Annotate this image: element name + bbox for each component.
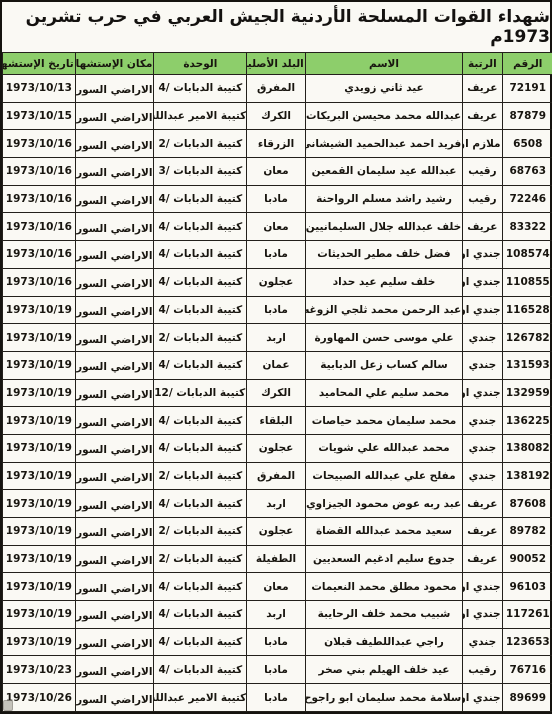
cell-unit: كتيبة الدبابات /4 [154, 296, 247, 324]
cell-town: المفرق [247, 75, 306, 103]
cell-unit: كتيبة الدبابات /12 [154, 379, 247, 407]
cell-place: الاراضي السورية73 [75, 684, 154, 712]
cell-date: 1973/10/16 [3, 130, 76, 158]
cell-number: 76716 [502, 656, 552, 684]
cell-number: 138192 [502, 462, 552, 490]
cell-date: 1973/10/26 [3, 684, 76, 712]
cell-name: جدوع سليم ادغيم السعديين [305, 545, 462, 573]
cell-date: 1973/10/19 [3, 407, 76, 435]
cell-date: 1973/10/19 [3, 462, 76, 490]
table-row: 117261جندي اولشبيب محمد خلف الرحايبةاربد… [3, 601, 552, 629]
cell-number: 116528 [502, 296, 552, 324]
cell-rank: عريف [463, 545, 502, 573]
table-header: الرقمالرتبةالاسمالبلد الأصليةالوحدةمكان … [3, 53, 552, 75]
cell-name: خلف سليم عيد حداد [305, 268, 462, 296]
cell-name: رشيد راشد مسلم الرواحنة [305, 185, 462, 213]
cell-unit: كتيبة الامير عبدالله /1 [154, 102, 247, 130]
cell-name: محمود مطلق محمد النعيمات [305, 573, 462, 601]
cell-place: الاراضي السورية73 [75, 518, 154, 546]
table-row: 108574جندي اولفضل خلف مطير الحديثاتمادبا… [3, 241, 552, 269]
cell-place: الاراضي السورية73 [75, 545, 154, 573]
cell-rank: جندي [463, 628, 502, 656]
table-row: 87608عريفعبد ربه عوض محمود الجيزاوياربدك… [3, 490, 552, 518]
cell-number: 132959 [502, 379, 552, 407]
cell-rank: جندي [463, 324, 502, 352]
cell-name: راجي عبداللطيف قبلان [305, 628, 462, 656]
cell-number: 123653 [502, 628, 552, 656]
cell-name: خلف عبدالله جلال السليمانيين [305, 213, 462, 241]
cell-place: الاراضي السورية73 [75, 185, 154, 213]
cell-unit: كتيبة الدبابات /2 [154, 130, 247, 158]
cell-number: 72191 [502, 75, 552, 103]
cell-place: الاراضي السورية73 [75, 490, 154, 518]
cell-place: الاراضي السورية73 [75, 434, 154, 462]
table-row: 110855جندي اولخلف سليم عيد حدادعجلونكتيب… [3, 268, 552, 296]
page-title: شهداء القوات المسلحة الأردنية الجيش العر… [2, 2, 550, 52]
cell-place: الاراضي السورية73 [75, 407, 154, 435]
cell-unit: كتيبة الدبابات /4 [154, 75, 247, 103]
cell-unit: كتيبة الدبابات /4 [154, 490, 247, 518]
cell-unit: كتيبة الدبابات /4 [154, 601, 247, 629]
cell-date: 1973/10/16 [3, 158, 76, 186]
cell-rank: عريف [463, 102, 502, 130]
cell-date: 1973/10/19 [3, 545, 76, 573]
cell-name: مفلح علي عبدالله الصبيحات [305, 462, 462, 490]
cell-place: الاراضي السورية73 [75, 628, 154, 656]
cell-rank: ملازم اول [463, 130, 502, 158]
table-row: 68763رقيبعبدالله عيد سليمان القمعينمعانك… [3, 158, 552, 186]
table-row: 131593جنديسالم كساب زعل الديابيةعمانكتيب… [3, 351, 552, 379]
table-row: 90052عريفجدوع سليم ادغيم السعديينالطفيلة… [3, 545, 552, 573]
cell-town: اربد [247, 601, 306, 629]
table-row: 6508ملازم اولفريد احمد عبدالحميد الشيشان… [3, 130, 552, 158]
cell-town: مادبا [247, 185, 306, 213]
cell-date: 1973/10/19 [3, 601, 76, 629]
cell-rank: عريف [463, 213, 502, 241]
cell-place: الاراضي السورية73 [75, 601, 154, 629]
cell-date: 1973/10/19 [3, 351, 76, 379]
cell-rank: جندي [463, 407, 502, 435]
cell-rank: جندي اول [463, 573, 502, 601]
cell-name: محمد سليمان محمد حياصات [305, 407, 462, 435]
cell-number: 89699 [502, 684, 552, 712]
cell-town: الطفيلة [247, 545, 306, 573]
column-header-rank: الرتبة [463, 53, 502, 75]
martyrs-table: الرقمالرتبةالاسمالبلد الأصليةالوحدةمكان … [2, 52, 552, 712]
cell-unit: كتيبة الدبابات /4 [154, 434, 247, 462]
cell-date: 1973/10/19 [3, 518, 76, 546]
cell-number: 87879 [502, 102, 552, 130]
column-header-name: الاسم [305, 53, 462, 75]
cell-date: 1973/10/16 [3, 213, 76, 241]
cell-number: 108574 [502, 241, 552, 269]
cell-rank: رقيب [463, 656, 502, 684]
cell-town: المفرق [247, 462, 306, 490]
cell-name: محمد سليم علي المحاميد [305, 379, 462, 407]
cell-rank: جندي [463, 462, 502, 490]
cell-date: 1973/10/19 [3, 628, 76, 656]
cell-town: الكرك [247, 102, 306, 130]
table-row: 89782عريفسعيد محمد عبدالله القضاةعجلونكت… [3, 518, 552, 546]
cell-number: 87608 [502, 490, 552, 518]
cell-place: الاراضي السورية73 [75, 379, 154, 407]
cell-town: عجلون [247, 268, 306, 296]
cell-rank: عريف [463, 518, 502, 546]
table-row: 72246رقيبرشيد راشد مسلم الرواحنةمادباكتي… [3, 185, 552, 213]
table-row: 87879عريفعبدالله محمد محيسن البريكاتالكر… [3, 102, 552, 130]
cell-town: اربد [247, 324, 306, 352]
cell-rank: عريف [463, 75, 502, 103]
column-header-town: البلد الأصلية [247, 53, 306, 75]
cell-unit: كتيبة الدبابات /2 [154, 518, 247, 546]
cell-place: الاراضي السورية73 [75, 656, 154, 684]
document-page: شهداء القوات المسلحة الأردنية الجيش العر… [0, 0, 552, 714]
cell-date: 1973/10/19 [3, 573, 76, 601]
cell-number: 72246 [502, 185, 552, 213]
cell-town: معان [247, 573, 306, 601]
cell-number: 110855 [502, 268, 552, 296]
cell-place: الاراضي السورية73 [75, 573, 154, 601]
cell-town: مادبا [247, 656, 306, 684]
cell-place: الاراضي السورية73 [75, 462, 154, 490]
cell-name: عبد الرحمن محمد ثلجي الزوغه [305, 296, 462, 324]
cell-rank: جندي [463, 351, 502, 379]
cell-unit: كتيبة الدبابات /3 [154, 158, 247, 186]
cell-unit: كتيبة الدبابات /4 [154, 268, 247, 296]
cell-rank: جندي [463, 434, 502, 462]
table-row: 132959جندي اولمحمد سليم علي المحاميدالكر… [3, 379, 552, 407]
cell-unit: كتيبة الدبابات /4 [154, 351, 247, 379]
table-row: 72191عريفعيد ثاني زويديالمفرقكتيبة الدبا… [3, 75, 552, 103]
table-row: 83322عريفخلف عبدالله جلال السليمانيينمعا… [3, 213, 552, 241]
cell-name: سالم كساب زعل الديابية [305, 351, 462, 379]
cell-date: 1973/10/16 [3, 185, 76, 213]
cell-rank: جندي اول [463, 268, 502, 296]
cell-town: الكرك [247, 379, 306, 407]
cell-town: عمان [247, 351, 306, 379]
cell-place: الاراضي السورية73 [75, 102, 154, 130]
column-header-number: الرقم [502, 53, 552, 75]
cell-date: 1973/10/19 [3, 379, 76, 407]
cell-number: 136225 [502, 407, 552, 435]
cell-unit: كتيبة الدبابات /4 [154, 573, 247, 601]
scan-corner-artifact [3, 700, 13, 711]
cell-date: 1973/10/13 [3, 75, 76, 103]
cell-rank: رقيب [463, 185, 502, 213]
cell-unit: كتيبة الدبابات /2 [154, 545, 247, 573]
cell-town: معان [247, 213, 306, 241]
cell-town: البلقاء [247, 407, 306, 435]
cell-unit: كتيبة الدبابات /4 [154, 628, 247, 656]
cell-town: مادبا [247, 241, 306, 269]
cell-town: عجلون [247, 434, 306, 462]
cell-name: شبيب محمد خلف الرحايبة [305, 601, 462, 629]
cell-date: 1973/10/16 [3, 241, 76, 269]
cell-rank: جندي اول [463, 379, 502, 407]
cell-number: 117261 [502, 601, 552, 629]
column-header-unit: الوحدة [154, 53, 247, 75]
table-body: 72191عريفعيد ثاني زويديالمفرقكتيبة الدبا… [3, 75, 552, 712]
cell-name: سعيد محمد عبدالله القضاة [305, 518, 462, 546]
cell-name: عيد ثاني زويدي [305, 75, 462, 103]
table-row: 89699جندي اولسلامة محمد سليمان ابو راجوح… [3, 684, 552, 712]
cell-place: الاراضي السورية73 [75, 351, 154, 379]
cell-unit: كتيبة الدبابات /2 [154, 462, 247, 490]
cell-rank: عريف [463, 490, 502, 518]
cell-unit: كتيبة الدبابات /2 [154, 324, 247, 352]
cell-name: محمد عبدالله علي شويات [305, 434, 462, 462]
cell-rank: رقيب [463, 158, 502, 186]
table-row: 76716رقيبعيد خلف الهيلم بني صخرمادباكتيب… [3, 656, 552, 684]
cell-town: الزرقاء [247, 130, 306, 158]
cell-rank: جندي اول [463, 296, 502, 324]
cell-place: الاراضي السورية73 [75, 241, 154, 269]
cell-date: 1973/10/19 [3, 324, 76, 352]
cell-date: 1973/10/23 [3, 656, 76, 684]
cell-date: 1973/10/15 [3, 102, 76, 130]
cell-name: فريد احمد عبدالحميد الشيشاني [305, 130, 462, 158]
cell-town: مادبا [247, 628, 306, 656]
cell-unit: كتيبة الدبابات /4 [154, 185, 247, 213]
table-row: 123653جنديراجي عبداللطيف قبلانمادباكتيبة… [3, 628, 552, 656]
table-row: 126782جنديعلي موسى حسن المهاورةاربدكتيبة… [3, 324, 552, 352]
cell-number: 6508 [502, 130, 552, 158]
cell-name: علي موسى حسن المهاورة [305, 324, 462, 352]
cell-place: الاراضي السورية73 [75, 296, 154, 324]
column-header-date: تاريخ الإستشهاد [3, 53, 76, 75]
cell-date: 1973/10/19 [3, 434, 76, 462]
cell-rank: جندي اول [463, 601, 502, 629]
cell-place: الاراضي السورية73 [75, 213, 154, 241]
cell-town: مادبا [247, 296, 306, 324]
table-row: 136225جنديمحمد سليمان محمد حياصاتالبلقاء… [3, 407, 552, 435]
cell-place: الاراضي السورية73 [75, 268, 154, 296]
cell-town: عجلون [247, 518, 306, 546]
cell-rank: جندي اول [463, 684, 502, 712]
cell-town: معان [247, 158, 306, 186]
cell-date: 1973/10/16 [3, 268, 76, 296]
cell-number: 89782 [502, 518, 552, 546]
cell-rank: جندي اول [463, 241, 502, 269]
cell-unit: كتيبة الدبابات /4 [154, 407, 247, 435]
cell-number: 83322 [502, 213, 552, 241]
cell-name: فضل خلف مطير الحديثات [305, 241, 462, 269]
cell-unit: كتيبة الدبابات /4 [154, 656, 247, 684]
cell-number: 90052 [502, 545, 552, 573]
table-row: 96103جندي اولمحمود مطلق محمد النعيماتمعا… [3, 573, 552, 601]
cell-date: 1973/10/19 [3, 296, 76, 324]
table-row: 116528جندي اولعبد الرحمن محمد ثلجي الزوغ… [3, 296, 552, 324]
cell-town: اربد [247, 490, 306, 518]
cell-number: 126782 [502, 324, 552, 352]
column-header-place: مكان الإستشهاد [75, 53, 154, 75]
cell-number: 138082 [502, 434, 552, 462]
cell-name: عبد ربه عوض محمود الجيزاوي [305, 490, 462, 518]
cell-name: عبدالله محمد محيسن البريكات [305, 102, 462, 130]
cell-place: الاراضي السورية73 [75, 130, 154, 158]
table-row: 138082جنديمحمد عبدالله علي شوياتعجلونكتي… [3, 434, 552, 462]
cell-place: الاراضي السورية73 [75, 158, 154, 186]
table-row: 138192جنديمفلح علي عبدالله الصبيحاتالمفر… [3, 462, 552, 490]
cell-number: 96103 [502, 573, 552, 601]
cell-unit: كتيبة الدبابات /4 [154, 241, 247, 269]
cell-date: 1973/10/19 [3, 490, 76, 518]
cell-name: عيد خلف الهيلم بني صخر [305, 656, 462, 684]
cell-town: مادبا [247, 684, 306, 712]
cell-name: عبدالله عيد سليمان القمعين [305, 158, 462, 186]
cell-place: الاراضي السورية73 [75, 75, 154, 103]
cell-number: 131593 [502, 351, 552, 379]
header-row: الرقمالرتبةالاسمالبلد الأصليةالوحدةمكان … [3, 53, 552, 75]
cell-place: الاراضي السورية73 [75, 324, 154, 352]
cell-name: سلامة محمد سليمان ابو راجوح [305, 684, 462, 712]
cell-number: 68763 [502, 158, 552, 186]
cell-unit: كتيبة الامير عبدالله /1 [154, 684, 247, 712]
cell-unit: كتيبة الدبابات /4 [154, 213, 247, 241]
